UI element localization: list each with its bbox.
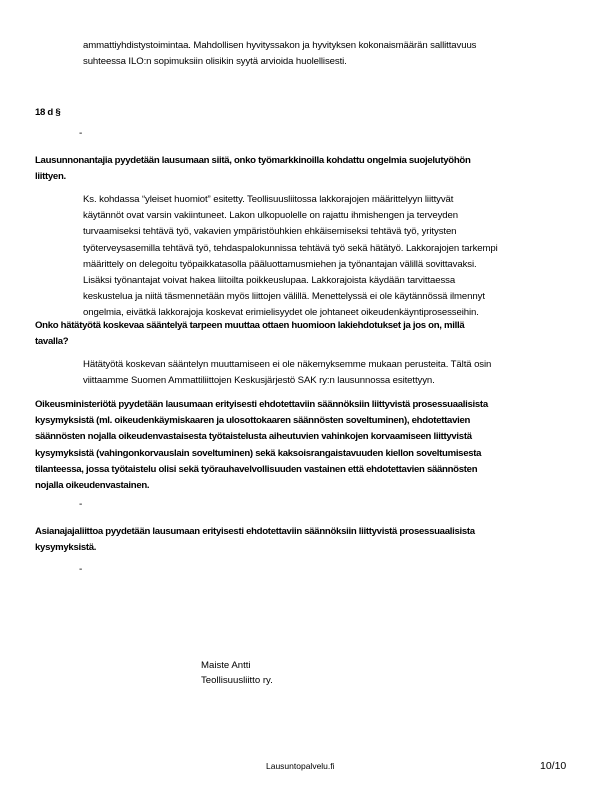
text-line: kysymyksistä (ml. oikeudenkäymiskaaren j… [35,413,585,429]
question-2: Onko hätätyötä koskevaa sääntelyä tarpee… [35,318,585,350]
text-line: tavalla? [35,334,585,350]
section-heading: 18 d § [35,105,585,121]
text-line: käytännöt ovat varsin vakiintuneet. Lako… [83,208,583,224]
text-line: Lausunnonantajia pyydetään lausumaan sii… [35,153,585,169]
document-page: ammattiyhdistystoimintaa. Mahdollisen hy… [0,0,612,792]
text-line: ammattiyhdistystoimintaa. Mahdollisen hy… [83,38,583,54]
text-line: kysymyksistä (vahingonkorvauslain sovelt… [35,446,585,462]
text-line: suhteessa ILO:n sopimuksiin olisikin syy… [83,54,583,70]
answer-1: Ks. kohdassa “yleiset huomiot” esitetty.… [83,192,583,322]
question-4: Asianajajaliittoa pyydetään lausumaan er… [35,524,585,556]
text-line: nojalla oikeudenvastainen. [35,478,585,494]
text-line: viittaamme Suomen Ammattiliittojen Kesku… [83,373,583,389]
dash-placeholder: - [79,499,82,510]
continuation-paragraph: ammattiyhdistystoimintaa. Mahdollisen hy… [83,38,583,70]
text-line: Oikeusministeriötä pyydetään lausumaan e… [35,397,585,413]
signature-block: Maiste Antti Teollisuusliitto ry. [201,658,273,688]
text-line: määrittely on delegoitu työpaikkatasolla… [83,257,583,273]
signatory-organization: Teollisuusliitto ry. [201,673,273,688]
dash-placeholder: - [79,128,82,139]
text-line: säännösten nojalla oikeudenvastaisesta t… [35,429,585,445]
text-line: Hätätyötä koskevan sääntelyn muuttamisee… [83,357,583,373]
text-line: Onko hätätyötä koskevaa sääntelyä tarpee… [35,318,585,334]
text-line: kysymyksistä. [35,540,585,556]
text-line: liittyen. [35,169,585,185]
text-line: keskustelua ja niitä täsmennetään myös l… [83,289,583,305]
dash-placeholder: - [79,564,82,575]
page-number: 10/10 [540,760,566,772]
text-line: Lisäksi työnantajat voivat hakea liitoil… [83,273,583,289]
question-1: Lausunnonantajia pyydetään lausumaan sii… [35,153,585,185]
text-line: tilanteessa, jossa työtaistelu olisi sek… [35,462,585,478]
signatory-name: Maiste Antti [201,658,273,673]
text-line: työterveysasemilla tehtävä työ, tehdaspa… [83,241,583,257]
text-line: turvaamiseksi tehtävä työ, vakavien ympä… [83,224,583,240]
question-3: Oikeusministeriötä pyydetään lausumaan e… [35,397,585,494]
footer-site: Lausuntopalvelu.fi [266,761,335,771]
answer-2: Hätätyötä koskevan sääntelyn muuttamisee… [83,357,583,389]
text-line: Asianajajaliittoa pyydetään lausumaan er… [35,524,585,540]
text-line: Ks. kohdassa “yleiset huomiot” esitetty.… [83,192,583,208]
